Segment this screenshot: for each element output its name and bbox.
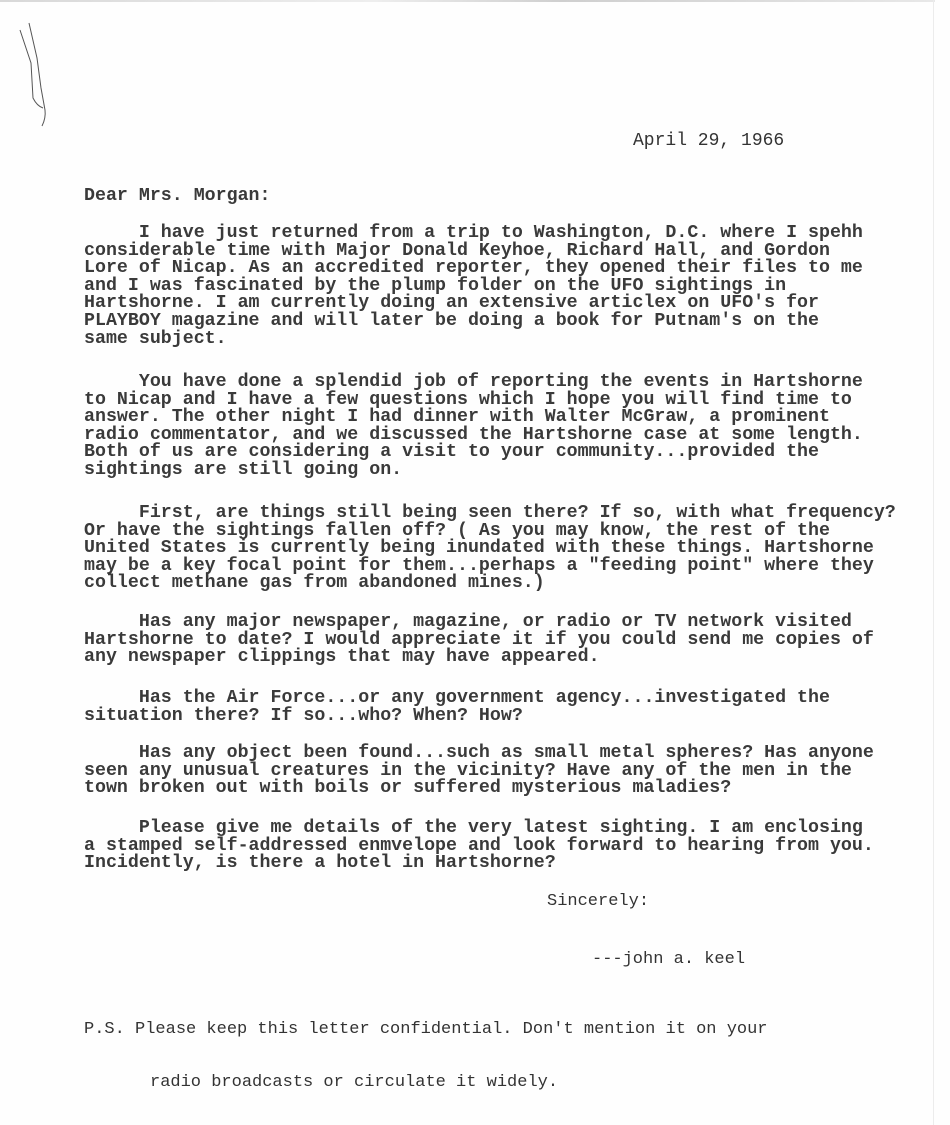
- signature: ---john a. keel: [592, 950, 745, 969]
- paragraph-2: You have done a splendid job of reportin…: [84, 374, 863, 480]
- pencil-marks-icon: [15, 18, 65, 128]
- closing: Sincerely:: [547, 892, 649, 911]
- paragraph-6: Has any object been found...such as smal…: [84, 745, 874, 798]
- paragraph-5: Has the Air Force...or any government ag…: [84, 690, 830, 725]
- paragraph-4: Has any major newspaper, magazine, or ra…: [84, 614, 874, 667]
- salutation: Dear Mrs. Morgan:: [84, 188, 270, 206]
- letter-page: April 29, 1966 Dear Mrs. Morgan: I have …: [0, 0, 950, 1125]
- paragraph-1: I have just returned from a trip to Wash…: [84, 225, 863, 348]
- postscript-line-2: radio broadcasts or circulate it widely.: [84, 1074, 768, 1092]
- paragraph-3: First, are things still being seen there…: [84, 505, 896, 593]
- letter-date: April 29, 1966: [633, 133, 784, 151]
- paragraph-7: Please give me details of the very lates…: [84, 820, 874, 873]
- postscript-line-1: P.S. Please keep this letter confidentia…: [84, 1021, 768, 1039]
- page-top-edge: [0, 0, 935, 2]
- postscript: P.S. Please keep this letter confidentia…: [84, 986, 768, 1125]
- page-right-edge: [933, 0, 934, 1125]
